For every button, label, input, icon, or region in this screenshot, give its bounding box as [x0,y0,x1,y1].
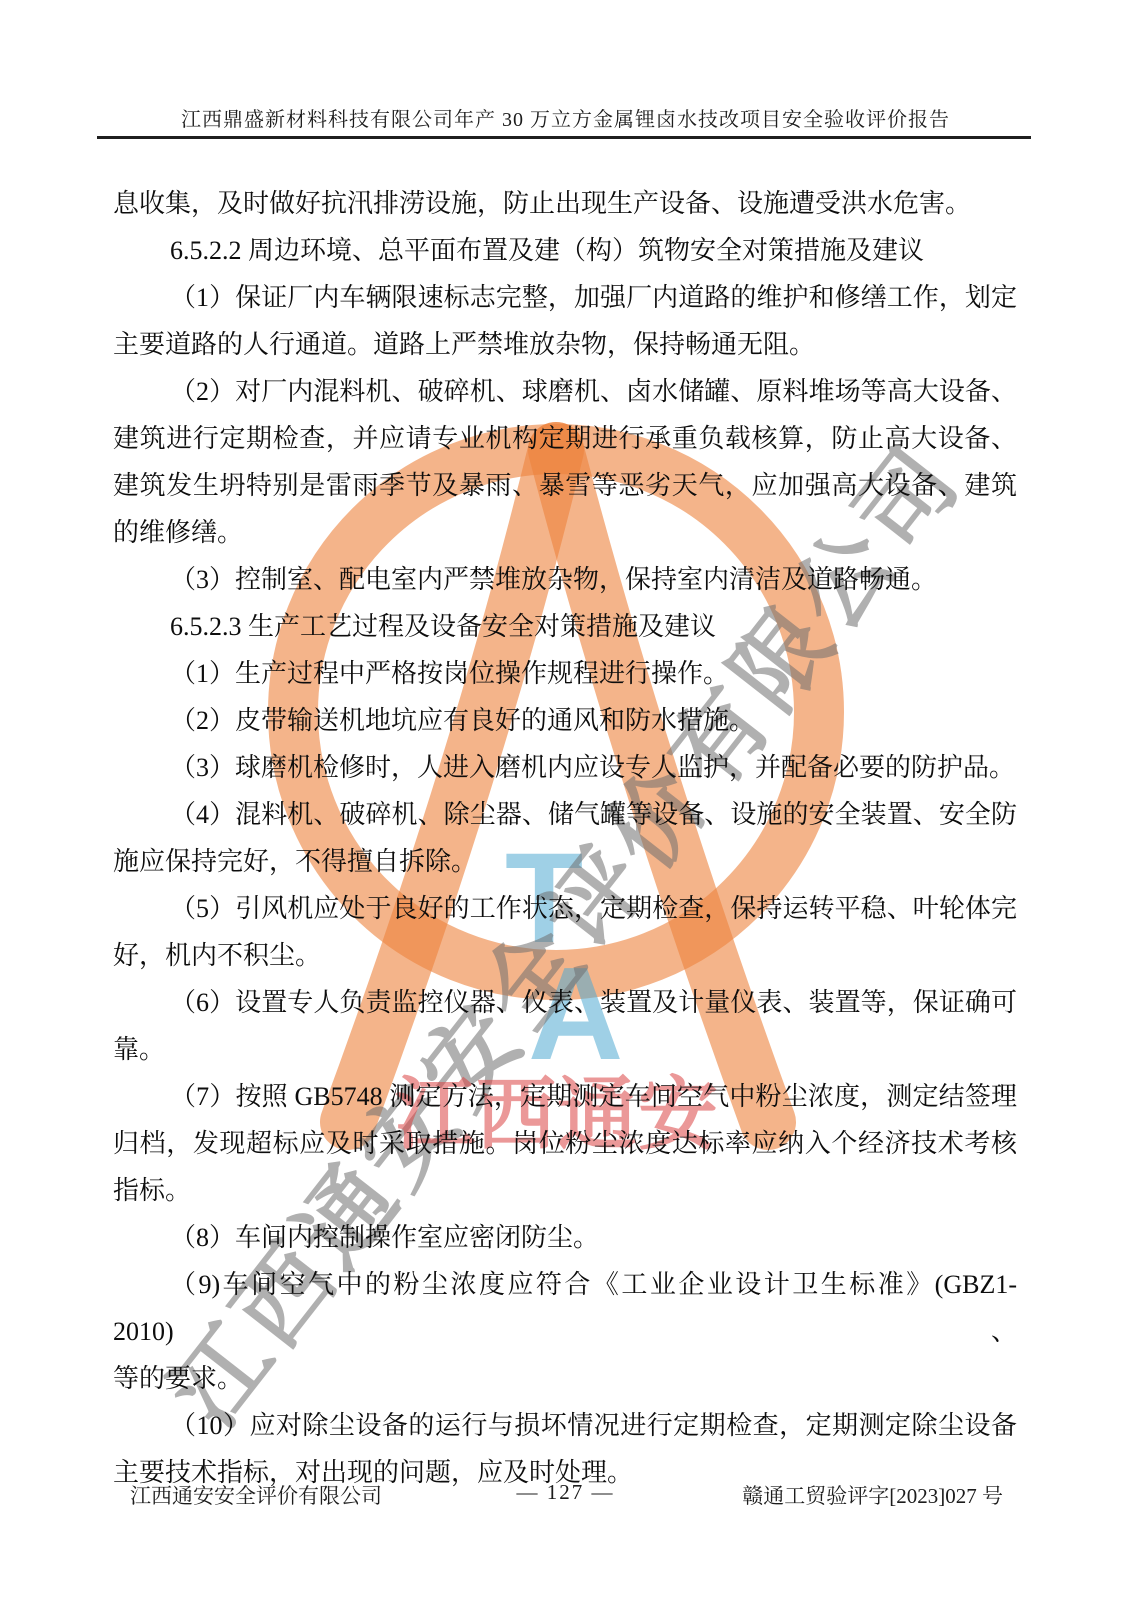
document-page: T A 江西通安安全评价有限公司 江西通安 江西鼎盛新材料科技有限公司年产 30… [0,0,1131,1600]
text-line: （1）生产过程中严格按岗位操作规程进行操作。 [113,650,1017,697]
page-footer: 江西通安安全评价有限公司 — 127 — 赣通工贸验评字[2023]027 号 [0,1480,1131,1514]
text-line: （10）应对除尘设备的运行与损坏情况进行定期检查，定期测定除尘设备 [113,1402,1017,1449]
text-line: 指标。 [113,1167,1017,1214]
text-line: 等的要求。 [113,1355,1017,1402]
footer-company-name: 江西通安安全评价有限公司 [130,1480,382,1510]
text-line: （3）球磨机检修时，人进入磨机内应设专人监护，并配备必要的防护品。 [113,744,1017,791]
text-line: 施应保持完好，不得擅自拆除。 [113,838,1017,885]
text-line: （2）皮带输送机地坑应有良好的通风和防水措施。 [113,697,1017,744]
text-line: （6）设置专人负责监控仪器、仪表、装置及计量仪表、装置等，保证确可 [113,979,1017,1026]
text-line: （3）控制室、配电室内严禁堆放杂物，保持室内清洁及道路畅通。 [113,556,1017,603]
text-line: 主要道路的人行通道。道路上严禁堆放杂物，保持畅通无阻。 [113,321,1017,368]
text-line: （2）对厂内混料机、破碎机、球磨机、卤水储罐、原料堆场等高大设备、 [113,368,1017,415]
body-lines: 息收集，及时做好抗汛排涝设施，防止出现生产设备、设施遭受洪水危害。6.5.2.2… [113,180,1017,1496]
text-line: 息收集，及时做好抗汛排涝设施，防止出现生产设备、设施遭受洪水危害。 [113,180,1017,227]
text-line: 建筑发生坍特别是雷雨季节及暴雨、暴雪等恶劣天气，应加强高大设备、建筑 [113,462,1017,509]
text-line: （1）保证厂内车辆限速标志完整，加强厂内道路的维护和修缮工作，划定 [113,274,1017,321]
text-line: （7）按照 GB5748 测定方法，定期测定车间空气中粉尘浓度，测定结签理 [113,1073,1017,1120]
text-line: 建筑进行定期检查，并应请专业机构定期进行承重负载核算，防止高大设备、 [113,415,1017,462]
text-line: 归档，发现超标应及时采取措施。岗位粉尘浓度达标率应纳入个经济技术考核 [113,1120,1017,1167]
footer-document-number: 赣通工贸验评字[2023]027 号 [742,1480,1003,1510]
text-line: 靠。 [113,1026,1017,1073]
header-divider [97,136,1031,139]
text-line: 好，机内不积尘。 [113,932,1017,979]
report-header-title: 江西鼎盛新材料科技有限公司年产 30 万立方金属锂卤水技改项目安全验收评价报告 [0,103,1131,132]
text-line: （8）车间内控制操作室应密闭防尘。 [113,1214,1017,1261]
text-line: （4）混料机、破碎机、除尘器、储气罐等设备、设施的安全装置、安全防 [113,791,1017,838]
text-line: 6.5.2.3 生产工艺过程及设备安全对策措施及建议 [113,603,1017,650]
text-line: （9)车间空气中的粉尘浓度应符合《工业企业设计卫生标准》(GBZ1-2010)、 [113,1261,1017,1355]
text-line: （5）引风机应处于良好的工作状态，定期检查，保持运转平稳、叶轮体完 [113,885,1017,932]
text-line: 6.5.2.2 周边环境、总平面布置及建（构）筑物安全对策措施及建议 [113,227,1017,274]
footer-page-number: — 127 — [517,1480,615,1505]
text-line: 的维修缮。 [113,509,1017,556]
